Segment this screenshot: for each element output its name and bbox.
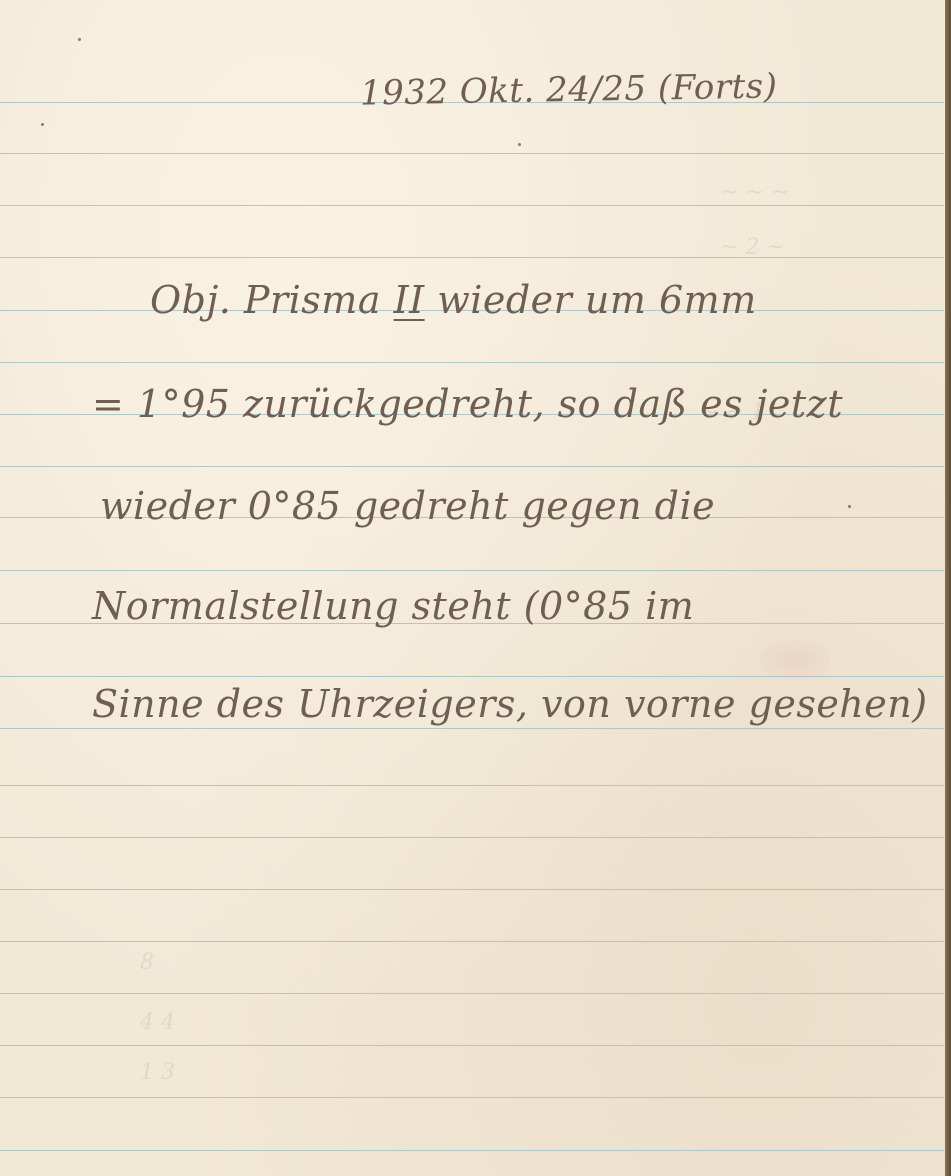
line-1-text-after: wieder um 6mm [425, 278, 757, 322]
handwritten-line-1: Obj. Prisma II wieder um 6mm [150, 278, 757, 322]
show-through-text: 1 3 [140, 1060, 175, 1085]
ruled-line [0, 1097, 944, 1098]
ruled-line [0, 993, 944, 994]
paper-speck [518, 143, 521, 146]
line-1-roman-numeral: II [394, 278, 425, 322]
ruled-line [0, 1150, 944, 1151]
handwritten-line-4: Normalstellung steht (0°85 im [92, 584, 694, 628]
ruled-line [0, 1045, 944, 1046]
ruled-line [0, 205, 944, 206]
paper-speck [848, 505, 851, 508]
faded-red-mark [760, 640, 830, 680]
ruled-line [0, 466, 944, 467]
ruled-line [0, 889, 944, 890]
ruled-line [0, 153, 944, 154]
ruled-line [0, 257, 944, 258]
ruled-line [0, 785, 944, 786]
paper-speck [78, 38, 81, 41]
show-through-text: 4 4 [140, 1010, 175, 1035]
ruled-line [0, 941, 944, 942]
page-binding-edge [945, 0, 951, 1176]
show-through-text: ~ ~ ~ [720, 180, 789, 205]
handwritten-line-3: wieder 0°85 gedreht gegen die [100, 484, 715, 528]
handwritten-line-5: Sinne des Uhrzeigers, von vorne gesehen) [92, 682, 928, 726]
ruled-line [0, 362, 944, 363]
handwritten-line-2: = 1°95 zurückgedreht, so daß es jetzt [92, 382, 843, 426]
entry-date-header: 1932 Okt. 24/25 (Forts) [360, 66, 778, 113]
notebook-page: ~ ~ ~ ~ 2 ~ ~ ~ 1 8 4 4 1 3 1932 Okt. 24… [0, 0, 951, 1176]
line-1-text-before: Obj. Prisma [150, 278, 394, 322]
ruled-line [0, 837, 944, 838]
ruled-line [0, 728, 944, 729]
paper-speck [41, 123, 44, 126]
show-through-text: 8 [140, 950, 154, 975]
show-through-text: ~ 2 ~ [720, 235, 785, 260]
ruled-line [0, 570, 944, 571]
